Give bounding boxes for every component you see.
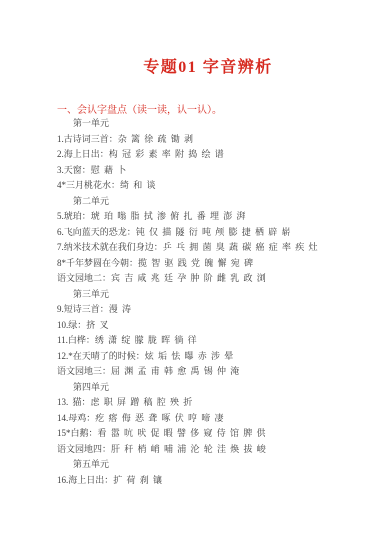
lesson-line-11: 11.白桦：绣 潇 绽 朦 胧 晖 徜 徉	[57, 333, 377, 349]
unit-header-5: 第五单元	[57, 457, 377, 473]
lesson-line-yuandi-4: 语文园地四：肝 秆 梢 峭 哺 浦 沦 轮 洼 焕 拔 峻	[57, 442, 377, 458]
lesson-line-yuandi-3: 语文园地三：屈 渊 孟 甫 韩 愈 禹 锡 仲 淹	[57, 364, 377, 380]
lesson-line-4: 4*三月桃花水：绮 和 谈	[57, 178, 377, 194]
lesson-line-15: 15*白鹅：看 嚣 吭 吠 促 暇 譬 侈 窥 侍 馆 脾 供	[57, 426, 377, 442]
lesson-line-16: 16.海上日出：扩 荷 刹 镶	[57, 473, 377, 489]
lesson-line-10: 10.绿：挤 叉	[57, 318, 377, 334]
lesson-line-13: 13. 猫：虑 职 屏 蹭 稿 腔 殃 折	[57, 395, 377, 411]
unit-header-1: 第一单元	[57, 116, 377, 132]
lesson-line-12: 12.*在天晴了的时候：炫 垢 怯 曝 赤 涉 晕	[57, 349, 377, 365]
unit-header-2: 第二单元	[57, 194, 377, 210]
lesson-line-8: 8*千年梦圆在今朝：揽 智 驱 践 党 魄 懈 宛 碑	[57, 256, 377, 272]
lesson-line-6: 6.飞向蓝天的恐龙：钝 仅 描 隧 衍 吨 颅 膨 捷 栖 辟 崭	[57, 225, 377, 241]
unit-header-4: 第四单元	[57, 380, 377, 396]
unit-header-3: 第三单元	[57, 287, 377, 303]
recognition-char-list: 第一单元 1.古诗词三首：杂 篱 徐 疏 锄 剥 2.海上日出：构 冠 彩 素 …	[57, 116, 377, 488]
section-heading: 一、会认字盘点（读一读，认一认）。	[57, 101, 222, 116]
lesson-line-2: 2.海上日出：构 冠 彩 素 率 附 捣 绘 谱	[57, 147, 377, 163]
lesson-line-yuandi-2: 语文园地二：宾 吉 咸 兆 廷 孕 肿 阶 雌 乳 政 浏	[57, 271, 377, 287]
lesson-line-14: 14.母鸡：疙 瘩 侮 恶 聋 啄 伏 哼 啼 凄	[57, 411, 377, 427]
doc-title: 专题01 字音辨析	[0, 54, 382, 77]
lesson-line-3: 3.天窗：慰 藉 卜	[57, 163, 377, 179]
lesson-line-5: 5.琥珀：琥 珀 嗡 脂 拭 渗 俯 扎 番 埋 澎 湃	[57, 209, 377, 225]
lesson-line-1: 1.古诗词三首：杂 篱 徐 疏 锄 剥	[57, 132, 377, 148]
lesson-line-7: 7.纳米技术就在我们身边：乒 乓 拥 菌 臭 蔬 碳 癌 症 率 疾 灶	[57, 240, 377, 256]
document-page: 专题01 字音辨析 一、会认字盘点（读一读，认一认）。 第一单元 1.古诗词三首…	[0, 0, 382, 540]
lesson-line-9: 9.短诗三首：漫 涛	[57, 302, 377, 318]
